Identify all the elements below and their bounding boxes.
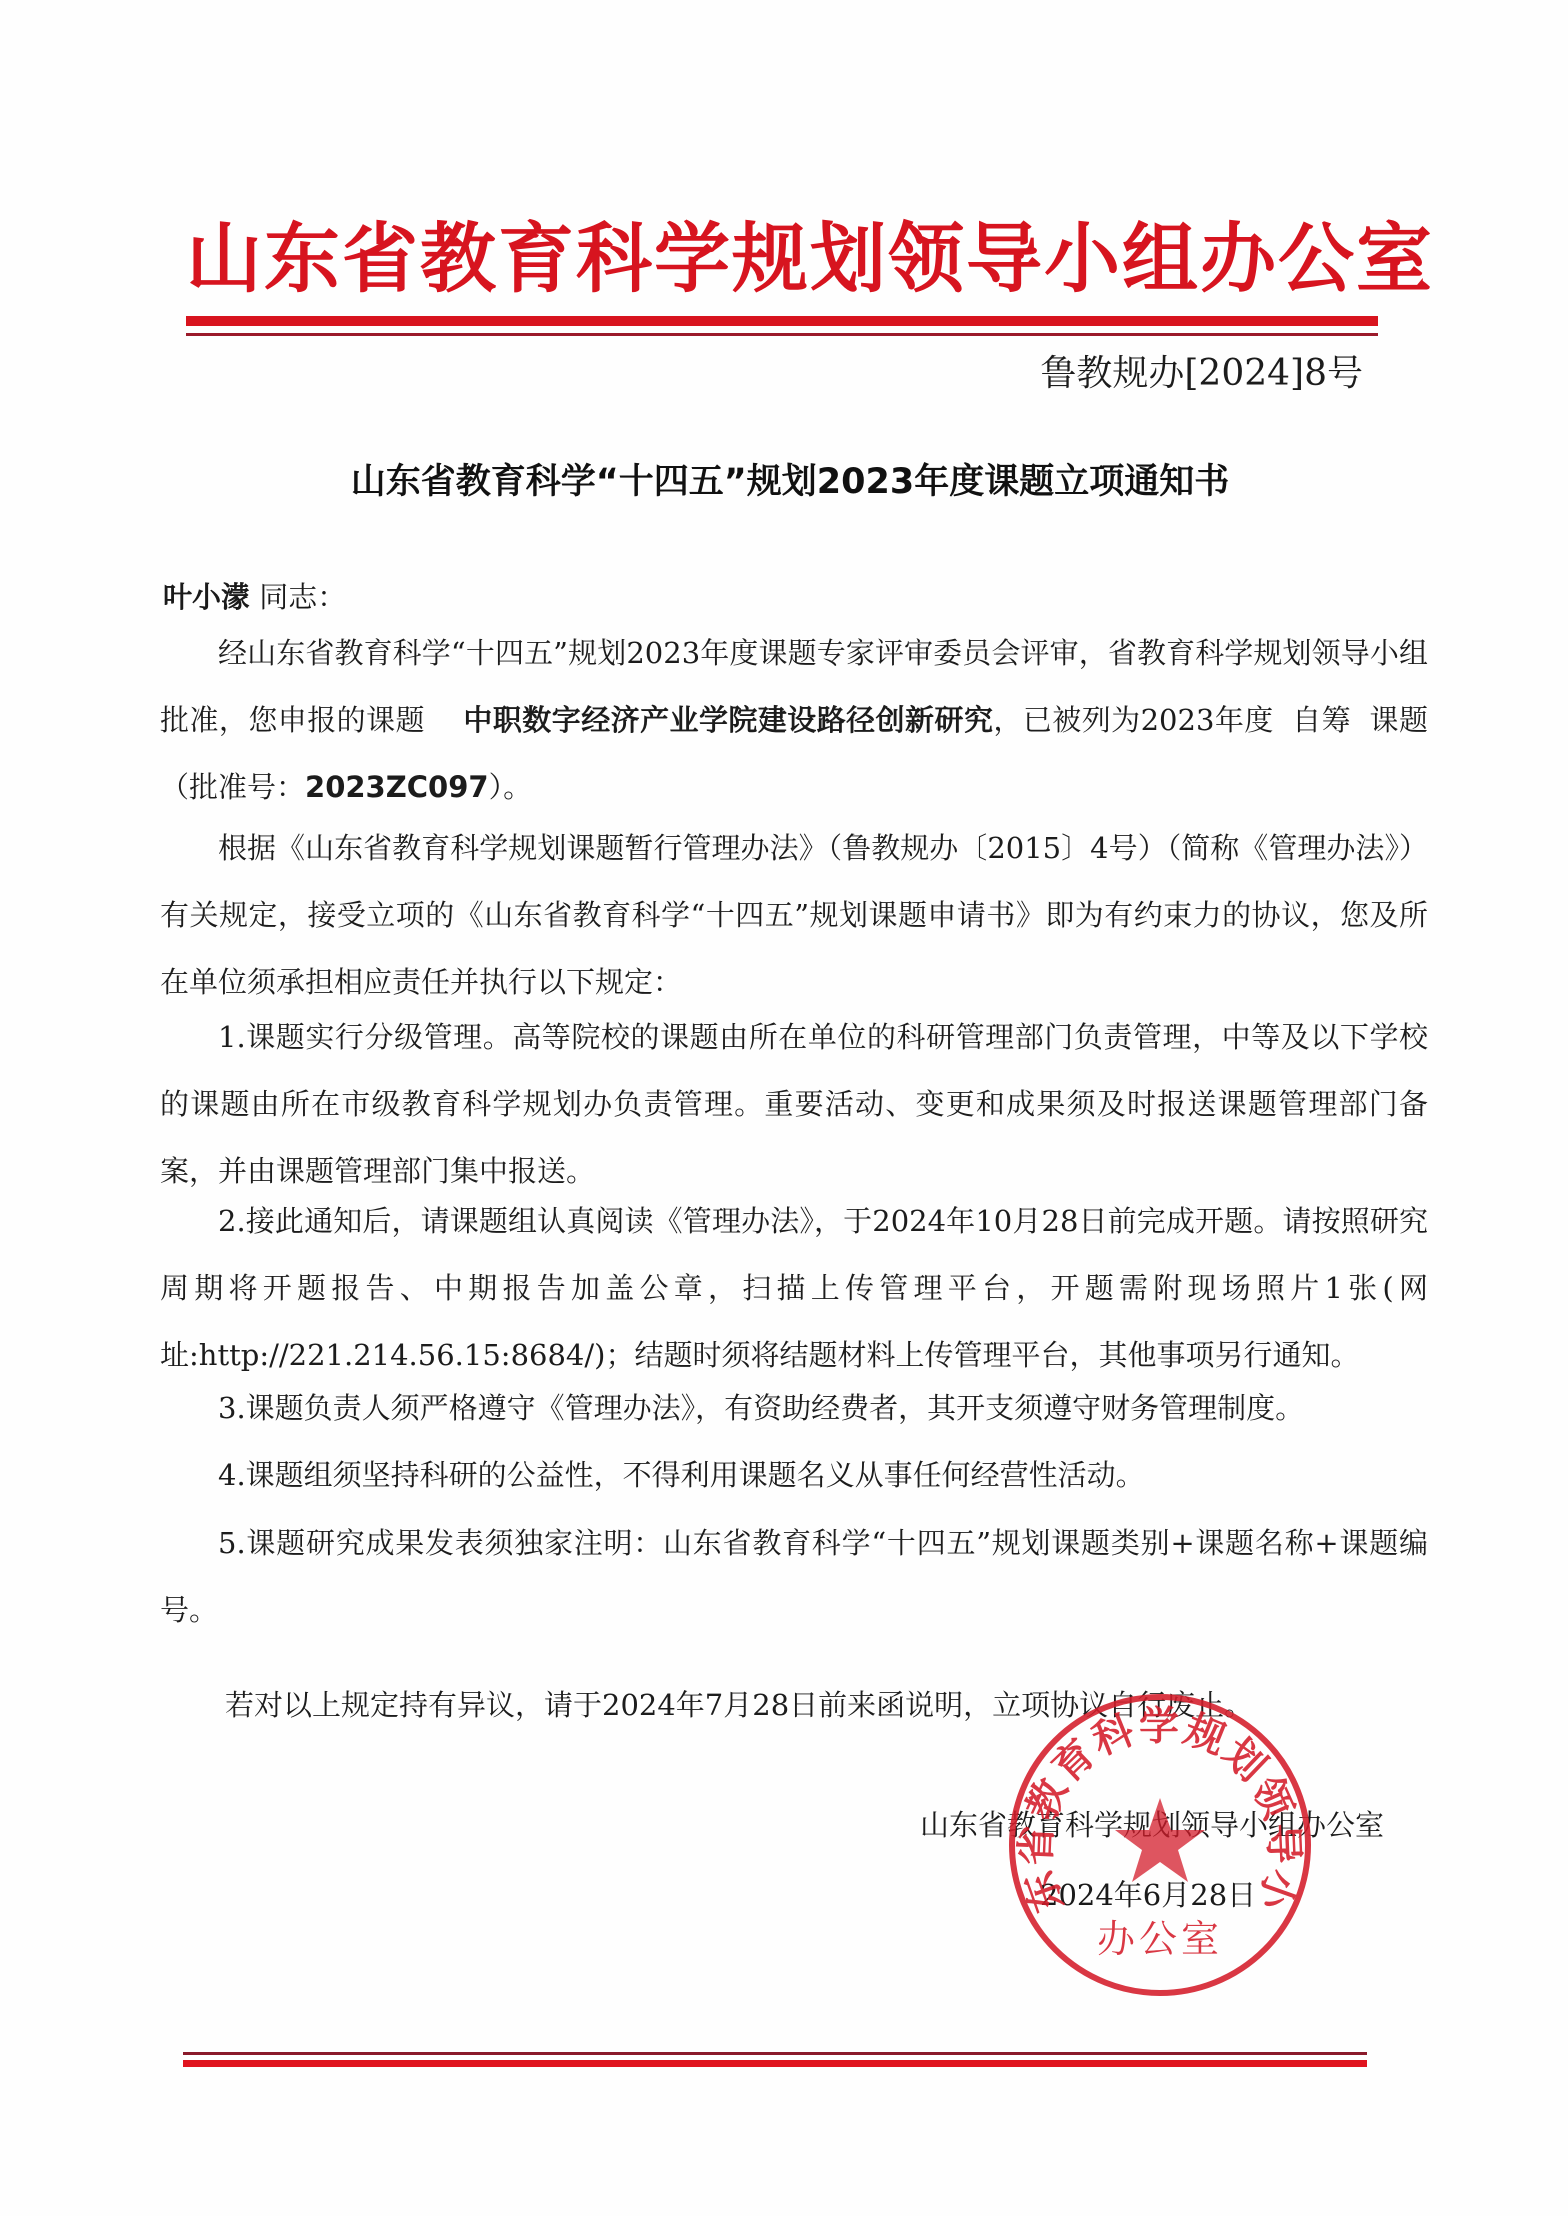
notice-title: 山东省教育科学“十四五”规划2023年度课题立项通知书: [230, 452, 1350, 512]
paragraph-approval: 经山东省教育科学“十四五”规划2023年度课题专家评审委员会评审，省教育科学规划…: [160, 620, 1428, 821]
approval-text-4: ）。: [489, 770, 533, 804]
salutation: 叶小濛 同志：: [163, 572, 346, 622]
footer-rule-thick: [183, 2060, 1367, 2067]
document-number: 鲁教规办[2024]8号: [1040, 350, 1363, 398]
recipient-name: 叶小濛: [163, 580, 250, 614]
signature-organization: 山东省教育科学规划领导小组办公室: [920, 1800, 1384, 1850]
masthead-title: 山东省教育科学规划领导小组办公室: [186, 214, 1378, 304]
signature-date: 2024年6月28日: [1040, 1870, 1256, 1920]
salutation-suffix: 同志：: [259, 580, 346, 614]
approval-number: 2023ZC097: [305, 770, 489, 804]
rule-item-1: 1.课题实行分级管理。高等院校的课题由所在单位的科研管理部门负责管理，中等及以下…: [160, 1004, 1428, 1205]
project-category: 自筹: [1292, 703, 1351, 737]
stamp-bottom-text: 办公室: [1097, 1917, 1223, 1961]
rule-item-3: 3.课题负责人须严格遵守《管理办法》，有资助经费者，其开支须遵守财务管理制度。: [160, 1375, 1428, 1442]
rule-item-5: 5.课题研究成果发表须独家注明：山东省教育科学“十四五”规划课题类别+课题名称+…: [160, 1510, 1428, 1644]
closing-statement: 若对以上规定持有异议，请于2024年7月28日前来函说明，立项协议自行废止。: [225, 1672, 1425, 1739]
header-rule-thick: [186, 316, 1378, 326]
document-page: 山东省教育科学规划领导小组办公室 鲁教规办[2024]8号 山东省教育科学“十四…: [0, 0, 1568, 2216]
rule-item-2: 2.接此通知后，请课题组认真阅读《管理办法》，于2024年10月28日前完成开题…: [160, 1188, 1428, 1389]
rule-item-4: 4.课题组须坚持科研的公益性，不得利用课题名义从事任何经营性活动。: [160, 1442, 1428, 1509]
footer-rule-thin: [183, 2052, 1367, 2055]
paragraph-regulations: 根据《山东省教育科学规划课题暂行管理办法》（鲁教规办〔2015〕4号）（简称《管…: [160, 815, 1428, 1016]
project-title: 中职数字经济产业学院建设路径创新研究: [463, 703, 993, 737]
approval-text-2: ，已被列为2023年度: [993, 703, 1273, 737]
header-rule-thin: [186, 333, 1378, 336]
